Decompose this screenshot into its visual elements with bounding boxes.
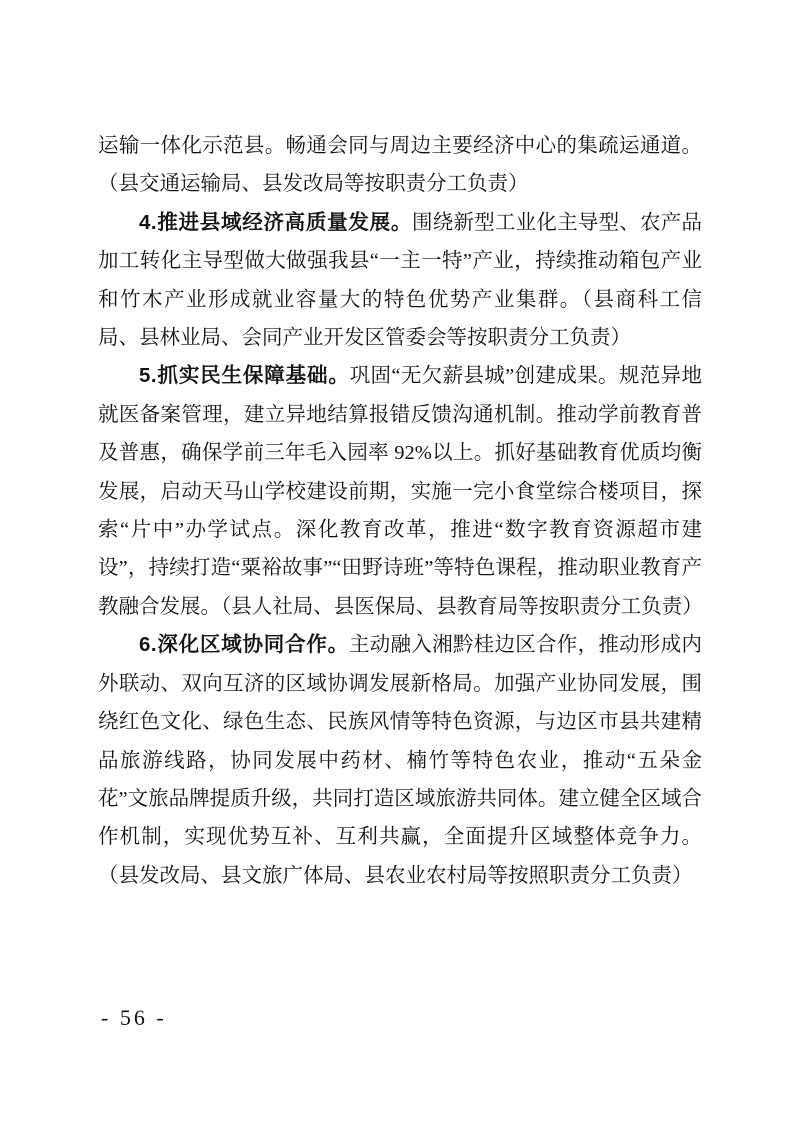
paragraph-text: 巩固“无欠薪县城”创建成果。规范异地就医备案管理，建立异地结算报错反馈沟通机制。… bbox=[98, 365, 703, 617]
paragraph-runover: 运输一体化示范县。畅通会同与周边主要经济中心的集疏运通道。（县交通运输局、县发改… bbox=[98, 127, 702, 204]
paragraph-item-4: 4.推进县域经济高质量发展。围绕新型工业化主导型、农产品加工转化主导型做大做强我… bbox=[98, 204, 702, 358]
paragraph-heading: 4.推进县域经济高质量发展。 bbox=[139, 211, 412, 234]
paragraph-text: 主动融入湘黔桂边区合作，推动形成内外联动、双向互济的区域协调发展新格局。加强产业… bbox=[98, 634, 702, 886]
paragraph-heading: 6.深化区域协同合作。 bbox=[139, 633, 349, 656]
page-number: - 56 - bbox=[101, 1003, 167, 1033]
document-body: 运输一体化示范县。畅通会同与周边主要经济中心的集疏运通道。（县交通运输局、县发改… bbox=[98, 127, 702, 895]
paragraph-item-5: 5.抓实民生保障基础。巩固“无欠薪县城”创建成果。规范异地就医备案管理，建立异地… bbox=[98, 357, 702, 626]
paragraph-heading: 5.抓实民生保障基础。 bbox=[139, 364, 350, 387]
paragraph-text: 运输一体化示范县。畅通会同与周边主要经济中心的集疏运通道。（县交通运输局、县发改… bbox=[98, 135, 702, 195]
paragraph-item-6: 6.深化区域协同合作。主动融入湘黔桂边区合作，推动形成内外联动、双向互济的区域协… bbox=[98, 626, 702, 895]
document-page: 运输一体化示范县。畅通会同与周边主要经济中心的集疏运通道。（县交通运输局、县发改… bbox=[0, 0, 793, 1122]
